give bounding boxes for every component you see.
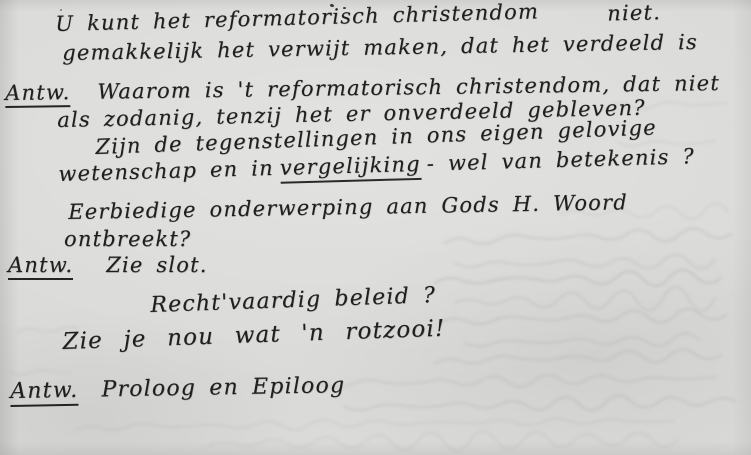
line-7-text: Eerbiedige onderwerping aan Gods H. Woor… [68, 190, 628, 224]
handwritten-line-8: ontbreekt? [64, 227, 191, 251]
handwritten-line-11: Zie je nou wat 'n rotzooi! [62, 316, 446, 355]
handwritten-line-9: Antw. Zie slot. [8, 253, 208, 280]
answer-label-underlined: Antw. [5, 80, 71, 108]
answer-label-underlined: Antw. [8, 253, 73, 280]
handwritten-line-2: gemakkelijk het verwijt maken, dat het v… [62, 30, 698, 65]
line-1-tail-word: niet. [607, 0, 661, 25]
line-6-text-post: - wel van betekenis ? [426, 144, 695, 175]
handwritten-line-7: Eerbiedige onderwerping aan Gods H. Woor… [68, 190, 628, 224]
handwritten-line-1: U kunt het reformatorisch christendom ni… [55, 0, 539, 36]
line-9-text: Zie slot. [106, 253, 207, 277]
line-6-text-pre: wetenschap en in [58, 156, 274, 186]
line-8-text: ontbreekt? [64, 227, 191, 251]
line-2-text: gemakkelijk het verwijt maken, dat het v… [62, 30, 698, 65]
ink-speck [343, 7, 346, 9]
line-6-underlined-word: vergelijking [279, 152, 421, 184]
line-11-text: Zie je nou wat 'n rotzooi! [62, 316, 446, 355]
scanned-handwritten-note: U kunt het reformatorisch christendom ni… [0, 0, 751, 455]
handwritten-line-10: Recht'vaardig beleid ? [150, 283, 437, 318]
ink-speck [60, 9, 62, 11]
handwritten-line-12: Antw. Proloog en Epiloog [10, 373, 346, 407]
line-1-text: U kunt het reformatorisch christendom [55, 0, 539, 36]
line-10-text: Recht'vaardig beleid ? [150, 283, 437, 318]
answer-label-underlined: Antw. [10, 378, 79, 407]
line-12-text: Proloog en Epiloog [101, 373, 345, 402]
